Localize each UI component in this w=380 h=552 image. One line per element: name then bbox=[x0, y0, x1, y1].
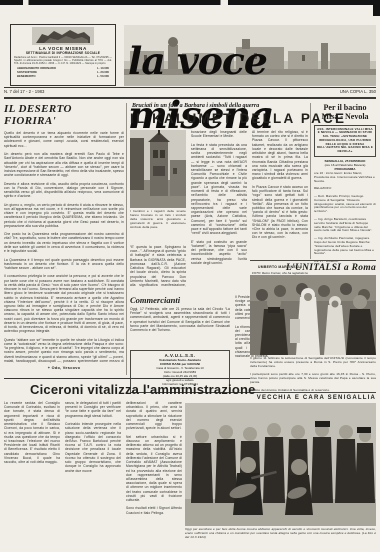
article-deserto-title: IL DESERTO FIORIRA' bbox=[4, 103, 124, 127]
masthead-box-subtitle: SETTIMANALE DI INFORMAZIONE SOCIALE bbox=[14, 51, 112, 55]
bacino-programma-label: PROGRAMMA bbox=[314, 167, 376, 171]
scan-edge-corner bbox=[373, 0, 380, 16]
unitalsi-caption: Il giorno 11 febbraio la sottosezione di… bbox=[250, 357, 376, 391]
ciceroni-columns: La recente seduta del Consiglio Comunale… bbox=[4, 401, 252, 549]
ciceroni-col1: La recente seduta del Consiglio Comunale… bbox=[4, 401, 60, 549]
kalumet-col-2: borazione degli Insegnanti delle Scuole … bbox=[191, 130, 247, 290]
kalumet-col-1: I bambini e i ragazzi delle scuole hanno… bbox=[130, 130, 186, 290]
issue-number: N. 7 del 17 - 2 - 1983 bbox=[4, 89, 44, 94]
article-ciceroni-title: Ciceroni vitalizza l'amministrazione bbox=[4, 382, 252, 397]
article-kalumet-kicker: Bruciati in un falò a Barbara i simboli … bbox=[132, 103, 308, 109]
masthead-info-box: LA VOCE MISENA SETTIMANALE DI INFORMAZIO… bbox=[10, 24, 116, 86]
article-commercianti-title: Commercianti bbox=[130, 295, 230, 305]
unitalsi-pilgrims-photo bbox=[250, 275, 376, 355]
commercianti-intro: Oggi, 17 Febbraio, alle ore 21 presso la… bbox=[130, 307, 230, 347]
church-bell-tower-photo bbox=[130, 130, 186, 208]
subscription-value: L. 50.000 bbox=[97, 74, 109, 78]
kalumet-col1-text: “E' questa la pace. Spingiamo la voce...… bbox=[130, 245, 186, 287]
ciceroni-col2: ranza, le delegazioni di tutti i partiti… bbox=[65, 401, 121, 549]
article-ciceroni: Ciceroni vitalizza l'amministrazione La … bbox=[4, 382, 252, 549]
kalumet-col2-text: borazione degli Insegnanti delle Scuole … bbox=[191, 130, 247, 290]
bacino-program: ore 16 : inizio lavori: Ennio Macci, Pre… bbox=[314, 172, 376, 264]
article-kalumet-title: IL KALUMET DELLA PACE bbox=[130, 111, 308, 126]
article-unitalsi: L'UNITALSI a Roma Il giorno 11 febbraio … bbox=[250, 260, 376, 391]
scan-edge-top bbox=[0, 0, 380, 5]
ciceroni-col3: deliberazioni di carattere urbanistico. … bbox=[126, 401, 182, 549]
issue-line: N. 7 del 17 - 2 - 1983 UNA COPIA L. 350 bbox=[4, 89, 376, 94]
newspaper-page: LA VOCE MISENA SETTIMANALE DI INFORMAZIO… bbox=[0, 0, 380, 552]
article-bacino: Per il bacino Misa - Nevola ASS. INTERCO… bbox=[314, 104, 376, 264]
newspaper-title: la voce misena bbox=[128, 34, 380, 88]
bacino-title-line2: Misa - Nevola bbox=[314, 113, 376, 122]
masthead-rule-bottom bbox=[4, 97, 376, 99]
kalumet-col3-text: Al termine del rito religioso, si è form… bbox=[252, 130, 308, 262]
subscription-label: BENEMERITO bbox=[17, 74, 36, 78]
article-unitalsi-title: L'UNITALSI a Roma bbox=[250, 263, 376, 273]
kalumet-photo-caption: I bambini e i ragazzi delle scuole hanno… bbox=[130, 210, 186, 242]
article-deserto-signature: + Odo, Vescovo bbox=[4, 366, 124, 370]
column-rule-left bbox=[126, 103, 127, 375]
bacino-seminar-box: ASS. INTERCOMUNALE VALLI MISA E NEVOLA —… bbox=[314, 125, 376, 157]
copy-price: UNA COPIA L. 350 bbox=[340, 89, 376, 94]
article-deserto: IL DESERTO FIORIRA' Quello del deserto è… bbox=[4, 103, 124, 370]
masthead-rule-top bbox=[4, 87, 376, 88]
ciceroni-rule bbox=[4, 378, 250, 379]
rocca-logo-photo bbox=[32, 27, 94, 45]
column-rule-right bbox=[310, 103, 311, 259]
masthead-box-details: Redazione ed Amm.: Piazza Garibaldi 3 — … bbox=[14, 56, 112, 66]
article-deserto-body: Quello del deserto è un tema alquanto ri… bbox=[4, 131, 124, 363]
subscription-line: BENEMERITO L. 50.000 bbox=[14, 74, 112, 78]
